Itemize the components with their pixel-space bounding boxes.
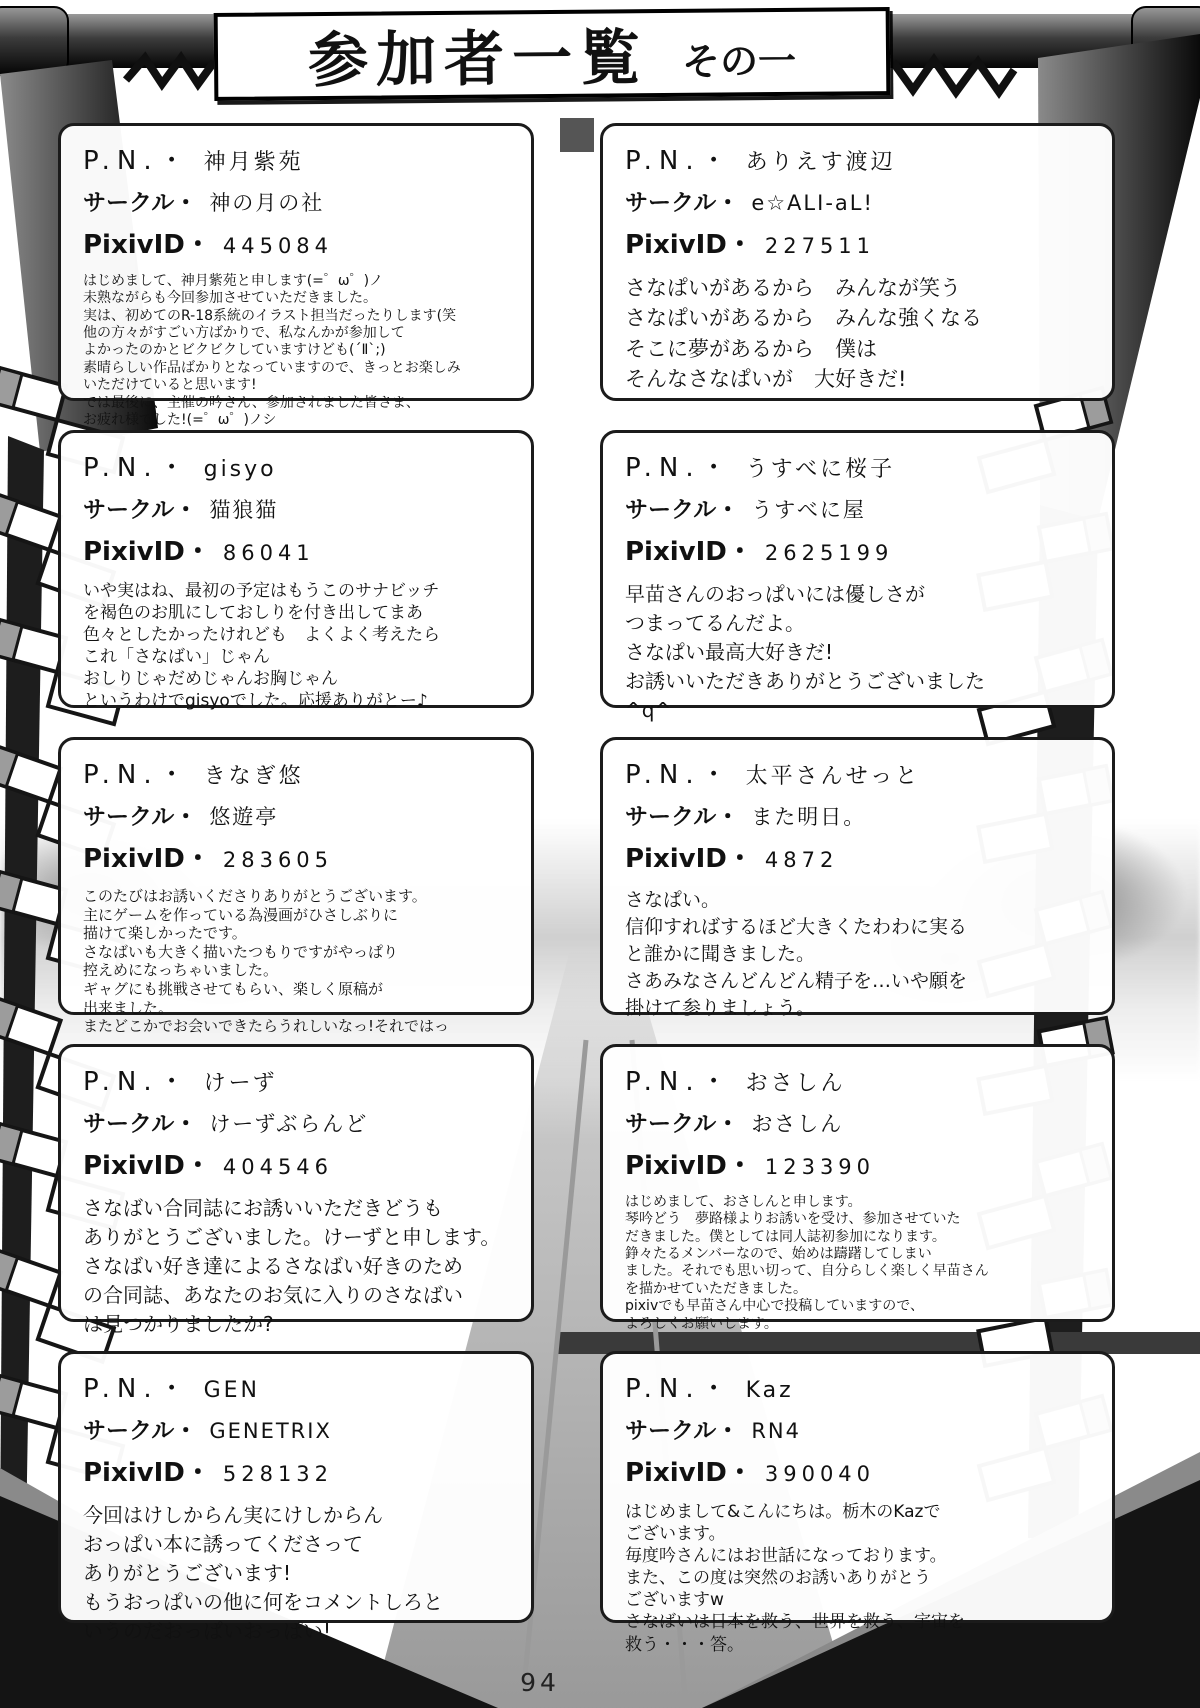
pixiv-label: PixivID・ [83,531,211,568]
credits-page: 参加者一覧 その一 P.N.・神月紫苑 サークル・神の月の社 PixivID・4… [0,0,1200,1708]
pixiv-label: PixivID・ [83,838,211,875]
participant-card-3: P.N.・gisyo サークル・猫狼猫 PixivID・86041 いや実はね、… [58,430,534,708]
pen-name: うすべに桜子 [746,452,896,483]
participant-card-8: P.N.・おさしん サークル・おさしん PixivID・123390 はじめまし… [600,1044,1115,1322]
circle-label: サークル・ [83,798,197,831]
participant-card-4: P.N.・うすべに桜子 サークル・うすべに屋 PixivID・2625199 早… [600,430,1115,708]
pixiv-id: 227511 [765,234,875,258]
participant-comment: はじめまして、おさしんと申します。 琴吟どう 夢路様よりお誘いを受け、参加させて… [625,1194,1094,1333]
pen-name: きなぎ悠 [204,759,304,790]
pn-label: P.N.・ [625,140,734,177]
circle-name: 悠遊亭 [209,801,278,831]
circle-name: また明日。 [751,801,866,831]
circle-label: サークル・ [83,184,197,217]
pen-name: gisyo [204,457,277,482]
pn-label: P.N.・ [83,1368,192,1405]
page-title-part: その一 [682,29,796,85]
pixiv-label: PixivID・ [83,1145,211,1182]
pixiv-label: PixivID・ [625,224,753,261]
pixiv-id: 283605 [223,848,333,872]
pixiv-id: 528132 [223,1462,333,1486]
circle-label: サークル・ [625,184,739,217]
circle-label: サークル・ [625,491,739,524]
scroll-rod-left-cap [0,7,68,75]
participant-card-1: P.N.・神月紫苑 サークル・神の月の社 PixivID・445084 はじめま… [58,123,534,401]
pn-label: P.N.・ [83,1061,192,1098]
participant-card-5: P.N.・きなぎ悠 サークル・悠遊亭 PixivID・283605 このたびはお… [58,737,534,1015]
participant-card-2: P.N.・ありえす渡辺 サークル・e☆ALI-aL! PixivID・22751… [600,123,1115,401]
pixiv-label: PixivID・ [625,531,753,568]
pixiv-label: PixivID・ [83,1452,211,1489]
circle-label: サークル・ [625,1412,739,1445]
pixiv-id: 86041 [223,541,315,565]
pen-name: けーず [204,1066,278,1097]
pn-label: P.N.・ [625,754,734,791]
zigzag-icon [126,58,214,84]
participant-comment: 早苗さんのおっぱいには優しさが つまってるんだよ。 さなぱい最高大好きだ! お誘… [625,580,1094,725]
participant-card-7: P.N.・けーず サークル・けーずぶらんど PixivID・404546 さなば… [58,1044,534,1322]
pixiv-id: 2625199 [765,541,894,565]
participant-comment: はじめまして、神月紫苑と申します(=゜ω゜)ノ 未熟ながらも今回参加させていただ… [83,273,513,429]
pen-name: 太平さんせっと [746,759,921,790]
participant-comment: さなぱい。 信仰すればするほど大きくたわわに実る と誰かに聞きました。 さあみな… [625,887,1094,1022]
participant-comment: はじめまして&こんにちは。栃木のKazで ございます。 毎度吟さんにはお世話にな… [625,1501,1094,1656]
pixiv-id: 123390 [765,1155,875,1179]
participant-card-9: P.N.・GEN サークル・GENETRIX PixivID・528132 今回… [58,1351,534,1623]
page-title-banner: 参加者一覧 その一 [214,7,891,101]
circle-label: サークル・ [83,1412,197,1445]
circle-name: 猫狼猫 [209,494,278,524]
pixiv-id: 445084 [223,234,333,258]
participant-card-10: P.N.・Kaz サークル・RN4 PixivID・390040 はじめまして&… [600,1351,1115,1623]
pen-name: 神月紫苑 [204,145,304,176]
pixiv-label: PixivID・ [625,1145,753,1182]
pixiv-label: PixivID・ [83,224,211,261]
circle-label: サークル・ [83,491,197,524]
pen-name: おさしん [746,1066,846,1097]
circle-name: けーずぶらんど [209,1108,368,1138]
pn-label: P.N.・ [625,1368,734,1405]
pixiv-id: 404546 [223,1155,333,1179]
pn-label: P.N.・ [625,1061,734,1098]
circle-name: 神の月の社 [209,187,324,217]
pixiv-id: 390040 [765,1462,875,1486]
participant-card-6: P.N.・太平さんせっと サークル・また明日。 PixivID・4872 さなぱ… [600,737,1115,1015]
rope-knot [560,118,594,152]
pn-label: P.N.・ [83,140,192,177]
pen-name: GEN [204,1378,260,1403]
circle-label: サークル・ [83,1105,197,1138]
pen-name: ありえす渡辺 [746,145,896,176]
page-number: 94 [0,1668,1080,1697]
pixiv-label: PixivID・ [625,838,753,875]
participant-comment: さなぱいがあるから みんなが笑う さなぱいがあるから みんな強くなる そこに夢が… [625,273,1094,395]
participant-comment: さなばい合同誌にお誘いいただきどうも ありがとうございました。けーずと申します。… [83,1194,513,1339]
circle-label: サークル・ [625,798,739,831]
participant-comment: このたびはお誘いくださりありがとうございます。 主にゲームを作っている為漫画がひ… [83,887,513,1036]
pn-label: P.N.・ [83,754,192,791]
participant-comment: 今回はけしからん実にけしからん おっぱい本に誘ってくださって ありがとうございま… [83,1501,513,1646]
circle-label: サークル・ [625,1105,739,1138]
participant-comment: いや実はね、最初の予定はもうこのサナビッチ を褐色のお肌にしておしりを付き出して… [83,580,513,713]
pixiv-id: 4872 [765,848,838,872]
circle-name: RN4 [751,1419,801,1443]
circle-name: e☆ALI-aL! [751,191,874,215]
circle-name: GENETRIX [209,1419,332,1443]
circle-name: うすべに屋 [751,494,866,524]
pn-label: P.N.・ [83,447,192,484]
zigzag-icon [893,60,1014,92]
pen-name: Kaz [746,1378,794,1403]
pn-label: P.N.・ [625,447,734,484]
scroll-rod-right-cap [1132,7,1200,75]
page-title: 参加者一覧 [308,10,649,99]
circle-name: おさしん [751,1108,843,1138]
pixiv-label: PixivID・ [625,1452,753,1489]
